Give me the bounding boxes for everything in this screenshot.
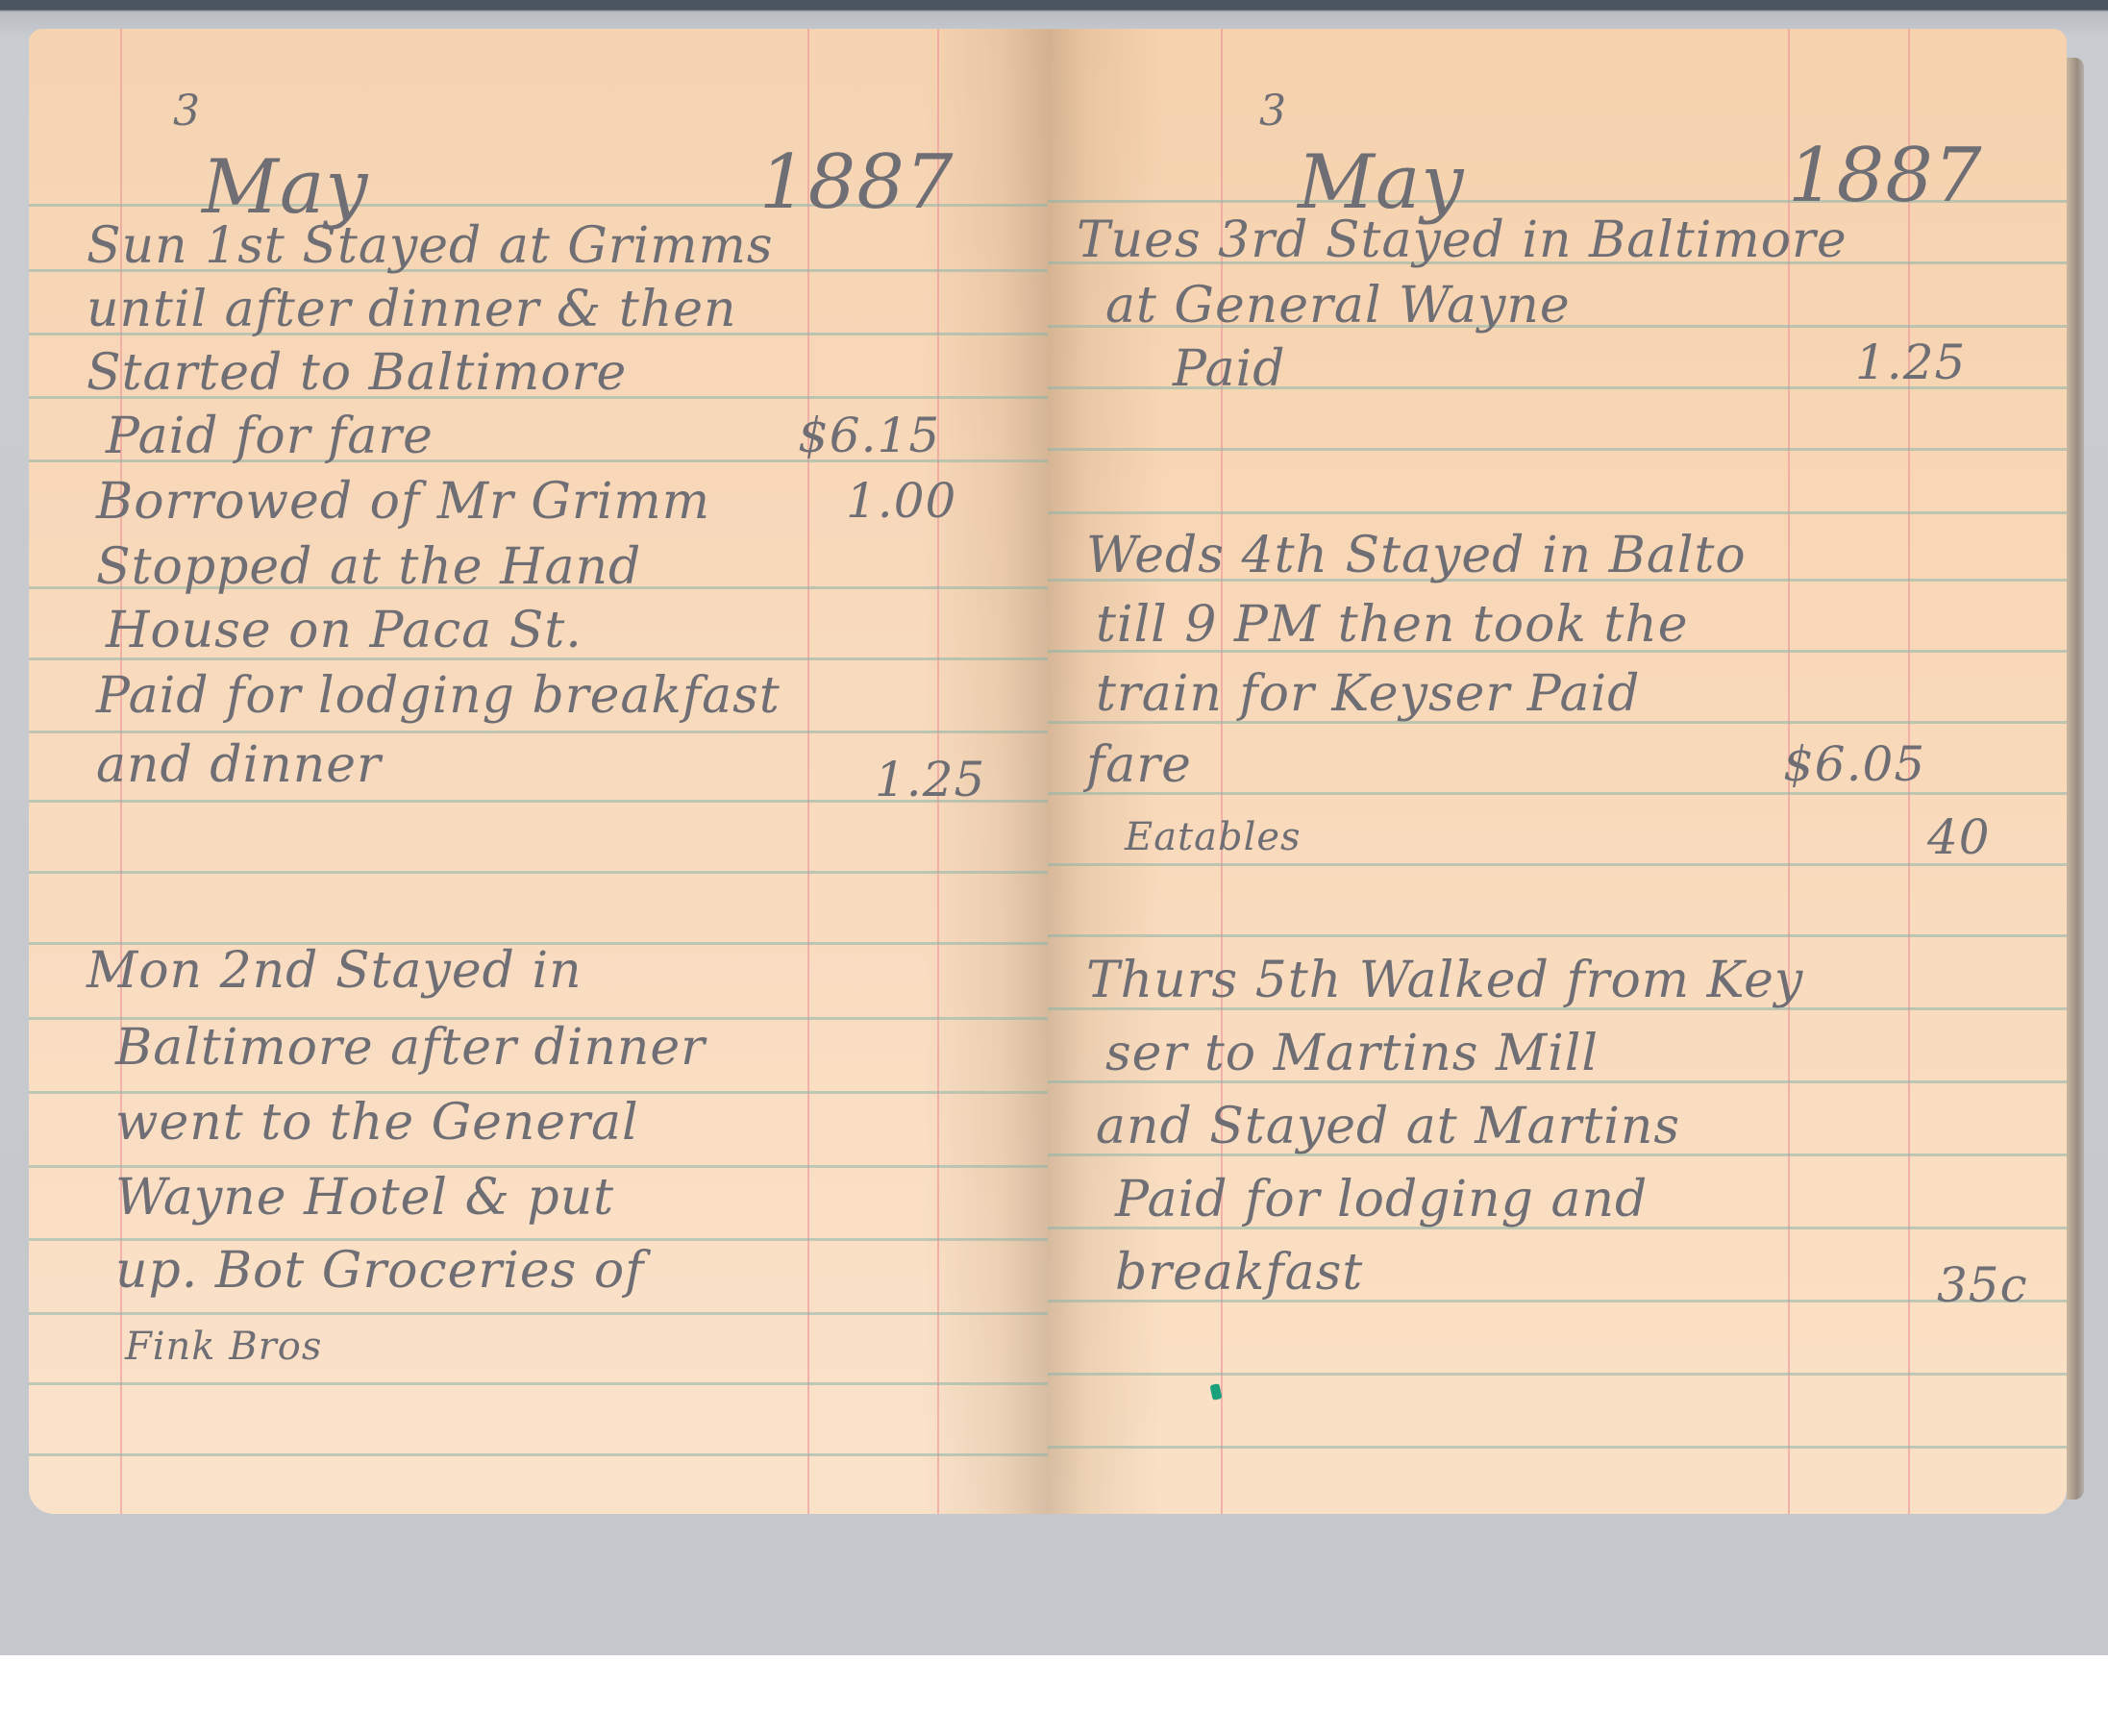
entry-line: Fink Bros <box>125 1325 322 1369</box>
ruled-line <box>29 731 1048 733</box>
entry-amount: 1.00 <box>846 473 956 529</box>
entry-line: Paid for lodging and <box>1115 1171 1648 1228</box>
entry-line: Baltimore after dinner <box>115 1019 706 1077</box>
entry-line: Paid <box>1173 340 1286 398</box>
ruled-line <box>1048 448 2067 451</box>
entry-line: until after dinner & then <box>87 281 737 338</box>
entry-line: Thurs 5th Walked from Key <box>1086 952 1803 1009</box>
entry-line: Eatables <box>1125 815 1302 859</box>
ruled-line <box>29 1238 1048 1241</box>
entry-line: and dinner <box>96 736 382 794</box>
entry-line: Started to Baltimore <box>87 344 627 402</box>
entry-line: Mon 2nd Stayed in <box>87 942 583 1000</box>
entry-amount: 40 <box>1927 809 1991 865</box>
ruled-line <box>29 1312 1048 1315</box>
ruled-line <box>29 1382 1048 1385</box>
page-mark: 3 <box>173 87 201 136</box>
ruled-line <box>1048 934 2067 937</box>
margin-line <box>807 29 809 1514</box>
page-mark: 3 <box>1259 87 1287 136</box>
entry-line: Tues 3rd Stayed in Baltimore <box>1077 211 1848 269</box>
header-year: 1887 <box>759 139 955 226</box>
entry-line: and Stayed at Martins <box>1096 1098 1680 1155</box>
right-page: 3 May 1887 Tues 3rd Stayed in Baltimore … <box>1048 29 2067 1514</box>
entry-line: Stopped at the Hand <box>96 538 641 596</box>
entry-line: train for Keyser Paid <box>1096 665 1640 723</box>
entry-amount: $6.05 <box>1783 736 1925 792</box>
ruled-line <box>1048 792 2067 795</box>
entry-line: House on Paca St. <box>106 602 583 659</box>
entry-line: Paid for fare <box>106 408 434 465</box>
page-edge <box>2067 58 2084 1500</box>
ruled-line <box>29 1453 1048 1456</box>
entry-line: Borrowed of Mr Grimm <box>96 473 710 531</box>
ruled-line <box>1048 1446 2067 1449</box>
ruled-line <box>29 1165 1048 1168</box>
ruled-line <box>29 871 1048 874</box>
entry-line: till 9 PM then took the <box>1096 596 1689 654</box>
entry-line: breakfast <box>1115 1244 1363 1302</box>
ruled-line <box>1048 863 2067 866</box>
scan-background: 3 May 1887 Sun 1st Stayed at Grimms unti… <box>0 0 2108 1736</box>
header-year: 1887 <box>1788 133 1983 219</box>
ruled-line <box>1048 1373 2067 1376</box>
entry-amount: 1.25 <box>875 752 985 807</box>
entry-line: at General Wayne <box>1105 277 1571 335</box>
entry-line: fare <box>1086 736 1192 794</box>
ruled-line <box>1048 511 2067 514</box>
left-page: 3 May 1887 Sun 1st Stayed at Grimms unti… <box>29 29 1048 1514</box>
entry-amount: $6.15 <box>798 408 940 463</box>
entry-line: Wayne Hotel & put <box>115 1169 614 1227</box>
entry-line: Sun 1st Stayed at Grimms <box>87 217 774 275</box>
entry-line: Weds 4th Stayed in Balto <box>1086 527 1747 584</box>
entry-line: Paid for lodging breakfast <box>96 667 781 725</box>
entry-amount: 35c <box>1937 1257 2028 1313</box>
entry-line: ser to Martins Mill <box>1105 1025 1599 1082</box>
entry-line: went to the General <box>115 1094 639 1152</box>
entry-line: up. Bot Groceries of <box>115 1242 644 1300</box>
entry-amount: 1.25 <box>1855 335 1966 390</box>
